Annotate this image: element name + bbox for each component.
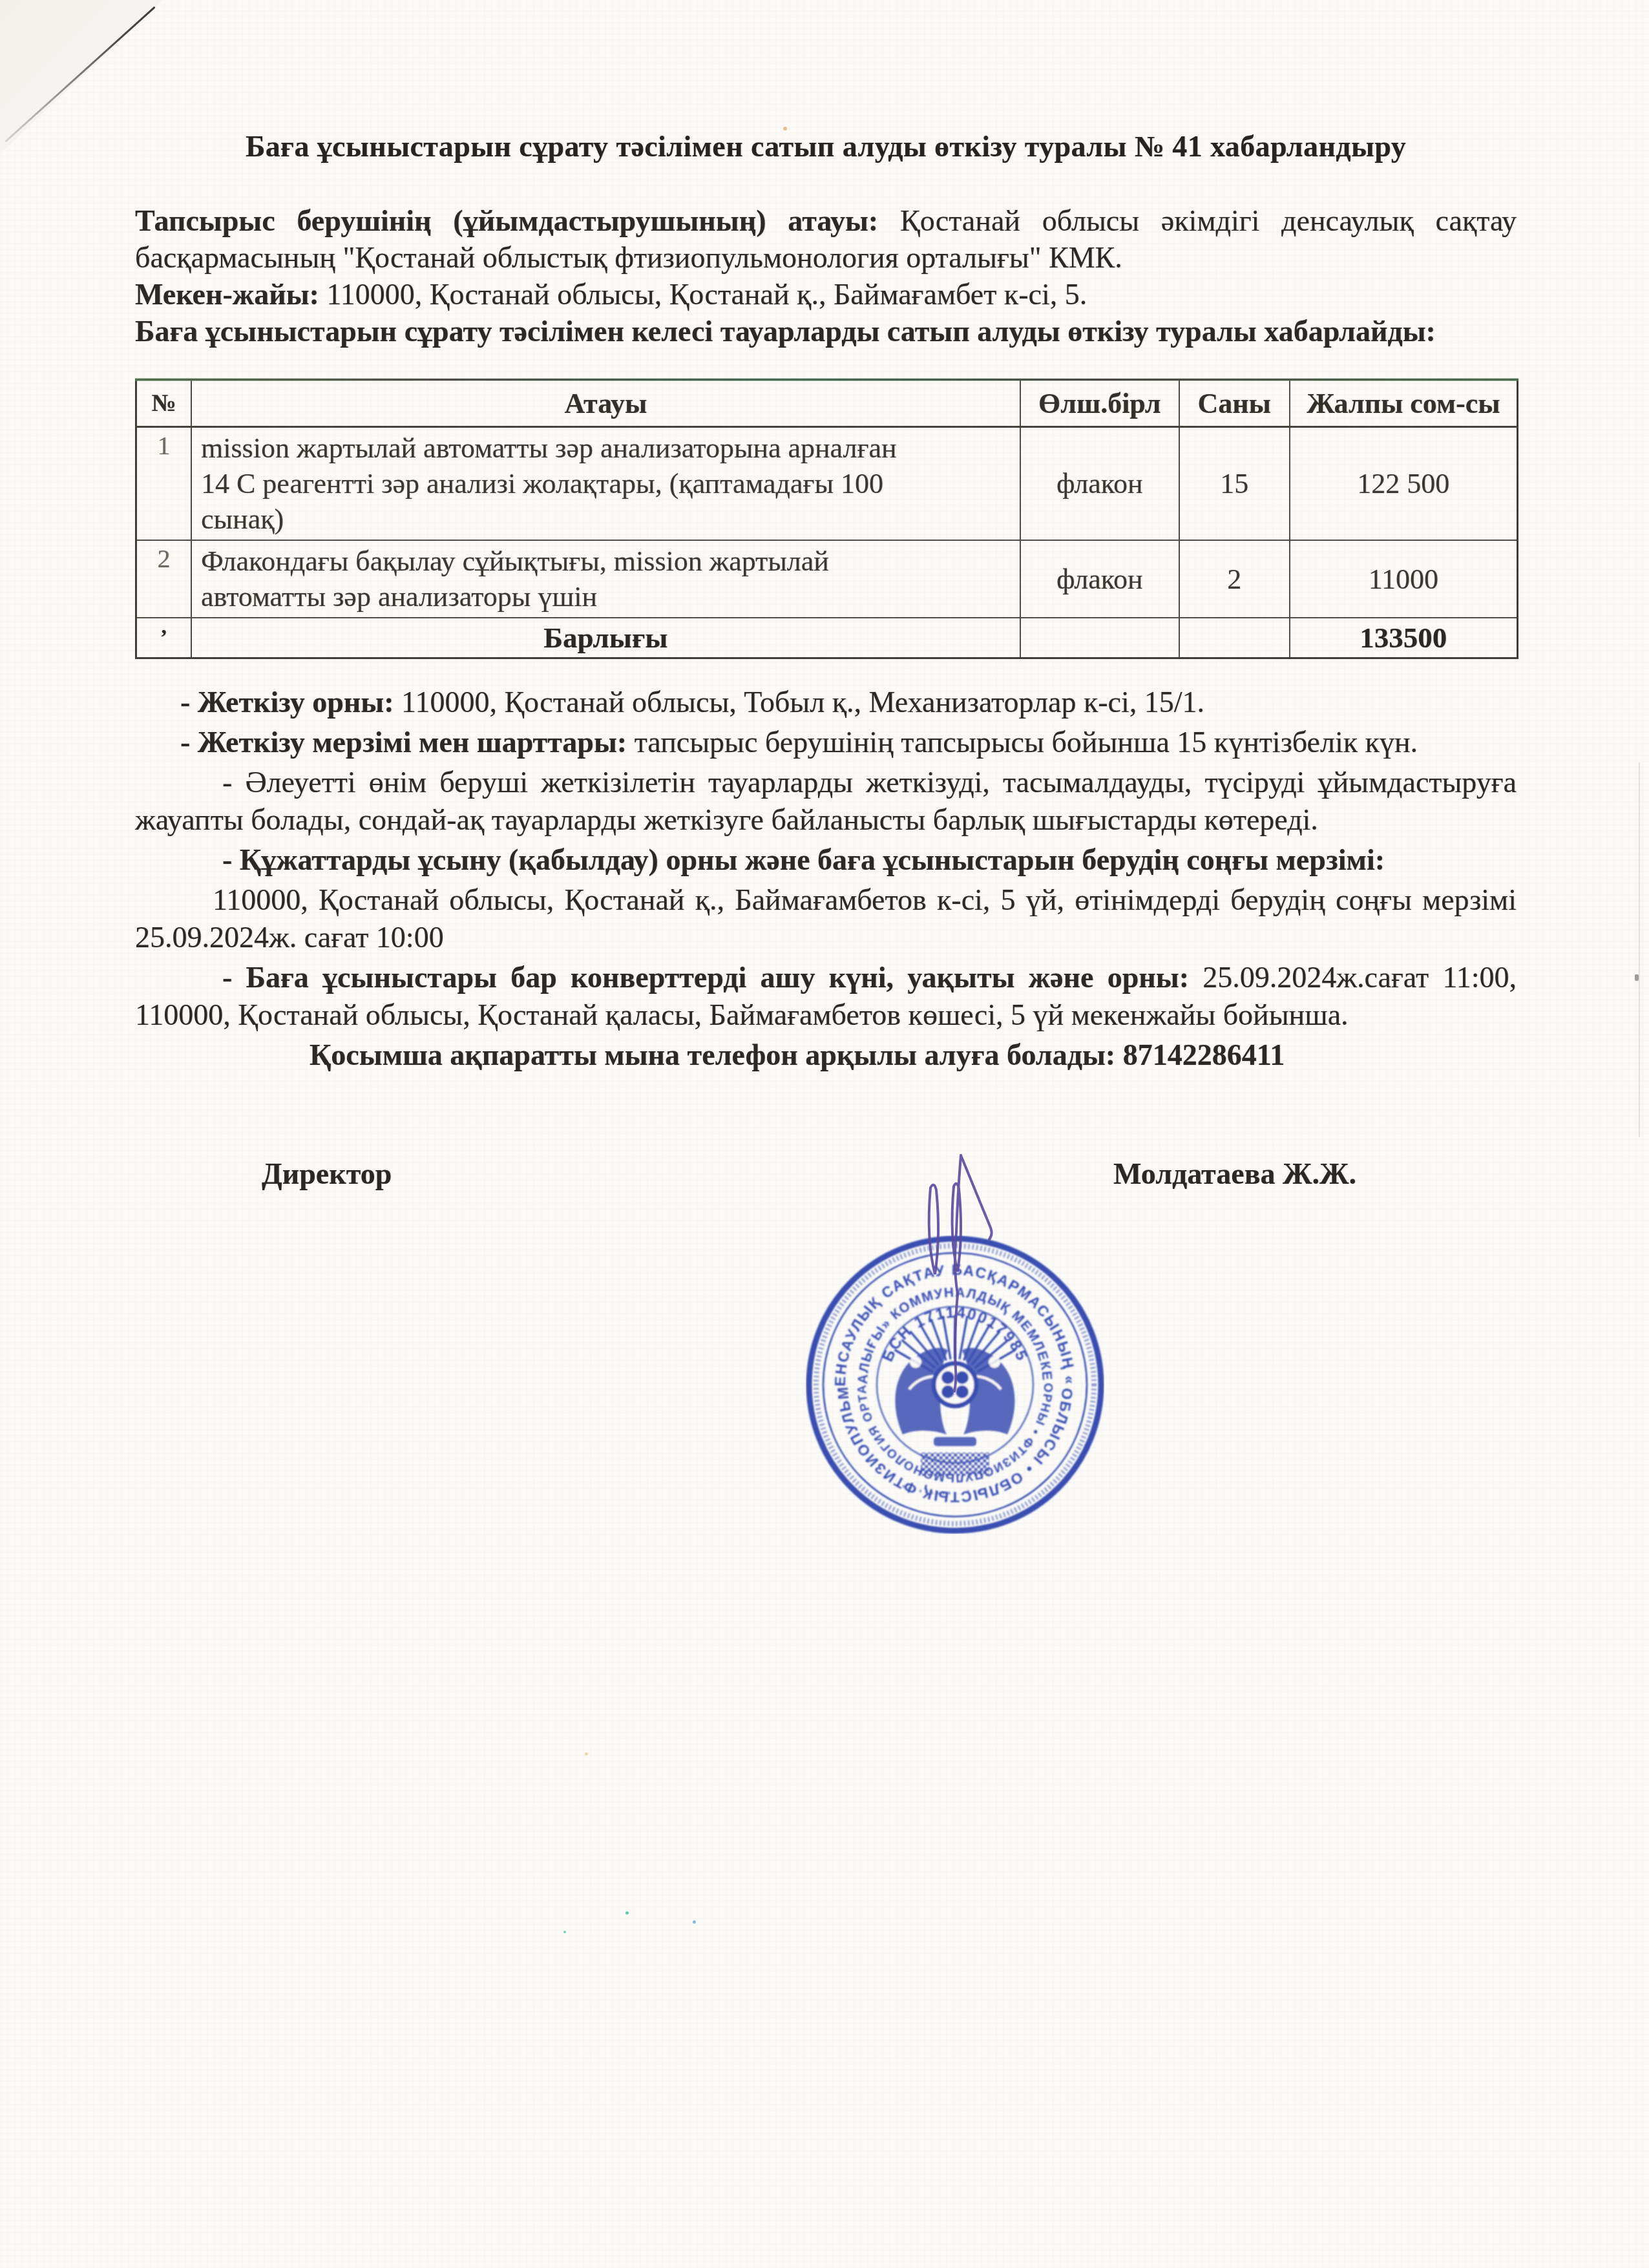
col-header-name: Атауы [191, 380, 1020, 427]
signature-row: Директор Молдатаева Ж.Ж. [135, 1157, 1517, 1191]
document-content: Баға ұсыныстарын сұрату тәсілімен сатып … [135, 0, 1517, 1191]
signature-position: Директор [262, 1157, 392, 1191]
customer-label: Тапсырыс берушінің (ұйымдастырушының) ат… [135, 204, 878, 237]
term-rest: - Әлеуетті өнім беруші жеткізілетін тауа… [135, 766, 1517, 836]
table-row: 1 mission жартылай автоматты зәр анализа… [136, 427, 1518, 541]
term-lead: - Баға ұсыныстары бар конверттерді ашу к… [222, 961, 1189, 994]
item-number: 1 [136, 427, 192, 541]
signature-svg [898, 1124, 1066, 1402]
page-title: Баға ұсыныстарын сұрату тәсілімен сатып … [142, 130, 1510, 163]
scan-artifact [563, 1931, 566, 1933]
scan-artifact [693, 1920, 696, 1924]
empty-cell [1020, 618, 1179, 658]
stamp-emblem-checker [921, 1453, 989, 1476]
term-lead: - Құжаттарды ұсыну (қабылдау) орны және … [222, 843, 1385, 876]
col-header-total: Жалпы сом-сы [1290, 380, 1518, 427]
term-lead: - Жеткізу орны: [180, 686, 394, 719]
term-delivery-time: - Жеткізу мерзімі мен шарттары: тапсырыс… [135, 724, 1517, 761]
item-qty: 2 [1179, 540, 1290, 618]
announce-text: Баға ұсыныстарын сұрату тәсілімен келесі… [135, 315, 1436, 348]
total-value: 133500 [1290, 618, 1518, 658]
announce-paragraph: Баға ұсыныстарын сұрату тәсілімен келесі… [135, 313, 1517, 350]
term-submission-place: - Құжаттарды ұсыну (қабылдау) орны және … [135, 841, 1517, 879]
terms-section: - Жеткізу орны: 110000, Қостанай облысы,… [135, 684, 1517, 1074]
term-delivery-place: - Жеткізу орны: 110000, Қостанай облысы,… [135, 684, 1517, 721]
term-rest: тапсырыс берушінің тапсырысы бойынша 15 … [635, 726, 1418, 759]
item-name: Флакондағы бақылау сұйықтығы, mission жа… [191, 540, 1020, 618]
term-submission-deadline: 110000, Қостанай облысы, Қостанай қ., Ба… [135, 881, 1517, 956]
item-name: mission жартылай автоматты зәр анализато… [191, 427, 1020, 541]
item-unit: флакон [1020, 540, 1179, 618]
col-header-qty: Саны [1179, 380, 1290, 427]
term-supplier-duty: - Әлеуетті өнім беруші жеткізілетін тауа… [135, 764, 1517, 839]
signature-name: Молдатаева Ж.Ж. [1113, 1157, 1356, 1191]
paper-edge-artifact [1639, 762, 1640, 1137]
handwritten-signature-icon [898, 1124, 1066, 1402]
goods-table-wrap: № Атауы Өлш.бірл Саны Жалпы сом-сы 1 mis… [135, 379, 1518, 659]
table-row: 2 Флакондағы бақылау сұйықтығы, mission … [136, 540, 1518, 618]
intro-section: Тапсырыс берушінің (ұйымдастырушының) ат… [135, 202, 1517, 350]
total-row-mark: ’ [136, 618, 192, 658]
term-rest: 110000, Қостанай облысы, Қостанай қ., Ба… [135, 883, 1517, 954]
scan-artifact [585, 1752, 588, 1756]
item-total: 122 500 [1290, 427, 1518, 541]
item-unit: флакон [1020, 427, 1179, 541]
table-total-row: ’ Барлығы 133500 [136, 618, 1518, 658]
phone-info-line: Қосымша ақпаратты мына телефон арқылы ал… [135, 1036, 1517, 1074]
address-label: Мекен-жайы: [135, 278, 319, 311]
scanned-document-page: Баға ұсыныстарын сұрату тәсілімен сатып … [0, 0, 1649, 2268]
table-top-scan-tint [135, 378, 1518, 381]
customer-paragraph: Тапсырыс берушінің (ұйымдастырушының) ат… [135, 202, 1517, 276]
scan-artifact [625, 1911, 629, 1915]
stamp-emblem-banner [934, 1437, 976, 1446]
empty-cell [1179, 618, 1290, 658]
total-label: Барлығы [191, 618, 1020, 658]
address-paragraph: Мекен-жайы: 110000, Қостанай облысы, Қос… [135, 276, 1517, 313]
term-envelope-opening: - Баға ұсыныстары бар конверттерді ашу к… [135, 959, 1517, 1034]
scan-artifact [1635, 974, 1639, 981]
term-lead: - Жеткізу мерзімі мен шарттары: [180, 726, 627, 759]
term-rest: 110000, Қостанай облысы, Тобыл қ., Механ… [401, 686, 1204, 719]
col-header-number: № [136, 380, 192, 427]
item-number: 2 [136, 540, 192, 618]
item-qty: 15 [1179, 427, 1290, 541]
goods-table: № Атауы Өлш.бірл Саны Жалпы сом-сы 1 mis… [135, 379, 1518, 659]
address-value: 110000, Қостанай облысы, Қостанай қ., Ба… [326, 278, 1087, 311]
col-header-unit: Өлш.бірл [1020, 380, 1179, 427]
item-total: 11000 [1290, 540, 1518, 618]
table-header-row: № Атауы Өлш.бірл Саны Жалпы сом-сы [136, 380, 1518, 427]
